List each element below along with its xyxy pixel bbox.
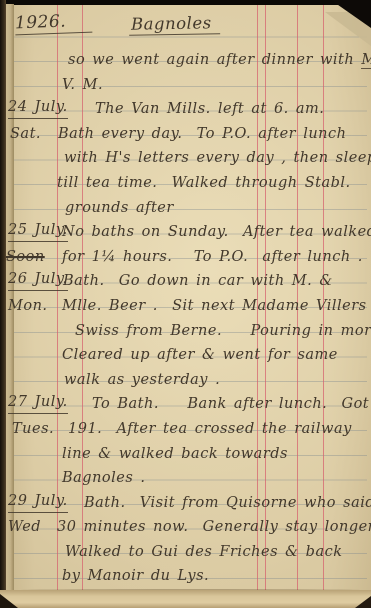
entry-date-label: Sat. <box>10 125 41 144</box>
entry-text: V. M. <box>62 76 103 95</box>
diary-line: 24 July.The Van Mills. left at 6. am. <box>0 95 371 120</box>
diary-line: Wed30 minutes now. Generally stay longer… <box>0 513 371 538</box>
entry-text: till tea time. Walked through Stabl. <box>57 174 351 193</box>
entry-text: by Manoir du Lys. <box>62 567 209 586</box>
entry-text: Bath. Go down in car with M. & <box>63 272 333 291</box>
entry-date-label: Tues. <box>12 420 54 439</box>
entry-text: Bagnoles . <box>62 469 146 488</box>
diary-line: 29 July.Bath. Visit from Quisorne who sa… <box>0 489 371 514</box>
diary-line: with H's letters every day , then sleep <box>0 144 371 169</box>
diary-line: Cleared up after & went for same <box>0 341 371 366</box>
entry-date-label: Soon <box>6 248 45 267</box>
diary-line: Swiss from Berne. Pouring in morn. <box>0 317 371 342</box>
entry-text: The Van Mills. left at 6. am. <box>95 100 324 119</box>
diary-line: Sat.Bath every day. To P.O. after lunch <box>0 120 371 145</box>
diary-page-photo: 1926. Bagnoles so we went again after di… <box>0 0 371 608</box>
entry-text: Bath every day. To P.O. after lunch <box>58 125 346 144</box>
entry-text-underlined-word: Mrs <box>361 52 371 69</box>
diary-line: line & walked back towards <box>0 440 371 465</box>
entry-text: Swiss from Berne. Pouring in morn. <box>75 322 371 341</box>
entry-date-label: Mon. <box>8 297 48 316</box>
diary-line: grounds after <box>0 194 371 219</box>
diary-line: till tea time. Walked through Stabl. <box>0 169 371 194</box>
diary-line: 26 July.Bath. Go down in car with M. & <box>0 267 371 292</box>
page-title: Bagnoles <box>129 13 220 36</box>
diary-line: by Manoir du Lys. <box>0 562 371 587</box>
entry-date-label: 26 July. <box>8 270 68 291</box>
diary-line: Bagnoles . <box>0 464 371 489</box>
entry-text: Cleared up after & went for same <box>62 346 338 365</box>
entry-text: Walked to Gui des Friches & back <box>65 543 343 562</box>
entry-text: To Bath. Bank after lunch. Got <box>92 395 369 414</box>
entry-text: walk as yesterday . <box>64 371 220 390</box>
entry-text: with H's letters every day , then sleep <box>64 149 371 168</box>
diary-line: Mon.Mlle. Beer . Sit next Madame Villers <box>0 292 371 317</box>
diary-line: Walked to Gui des Friches & back <box>0 538 371 563</box>
diary-line: walk as yesterday . <box>0 366 371 391</box>
diary-line: so we went again after dinner with Mrs <box>0 46 371 71</box>
diary-line: Soonfor 1¼ hours. To P.O. after lunch . <box>0 243 371 268</box>
photo-corner-background <box>331 0 371 28</box>
entry-text: Mlle. Beer . Sit next Madame Villers <box>62 297 367 316</box>
photo-corner-bottom-right <box>355 596 371 608</box>
entry-text: grounds after <box>65 199 174 218</box>
entry-text: Bath. Visit from Quisorne who said <box>84 494 371 513</box>
diary-line: 25 July.No baths on Sunday. After tea wa… <box>0 218 371 243</box>
entry-date-label: 25 July. <box>8 221 68 242</box>
diary-line: Tues.191. After tea crossed the railway <box>0 415 371 440</box>
entry-date-label: 24 July. <box>8 98 68 119</box>
entry-date-label: Wed <box>8 518 41 537</box>
photo-top-border <box>0 0 371 5</box>
year-heading: 1926. <box>15 11 93 36</box>
diary-line: V. M. <box>0 71 371 96</box>
diary-line: 27 July.To Bath. Bank after lunch. Got <box>0 390 371 415</box>
entry-text: No baths on Sunday. After tea walked <box>62 223 371 242</box>
entry-date-label: 27 July. <box>8 393 68 414</box>
entry-text: line & walked back towards <box>62 445 288 464</box>
page-stack-edge <box>0 590 371 608</box>
photo-corner-bottom-left <box>0 594 18 608</box>
entry-text: 30 minutes now. Generally stay longer. <box>57 518 371 537</box>
entry-date-label: 29 July. <box>8 492 68 513</box>
entry-text: for 1¼ hours. To P.O. after lunch . <box>62 248 363 267</box>
entry-text: 191. After tea crossed the railway <box>68 420 352 439</box>
entry-text: so we went again after dinner with Mrs <box>68 51 371 70</box>
